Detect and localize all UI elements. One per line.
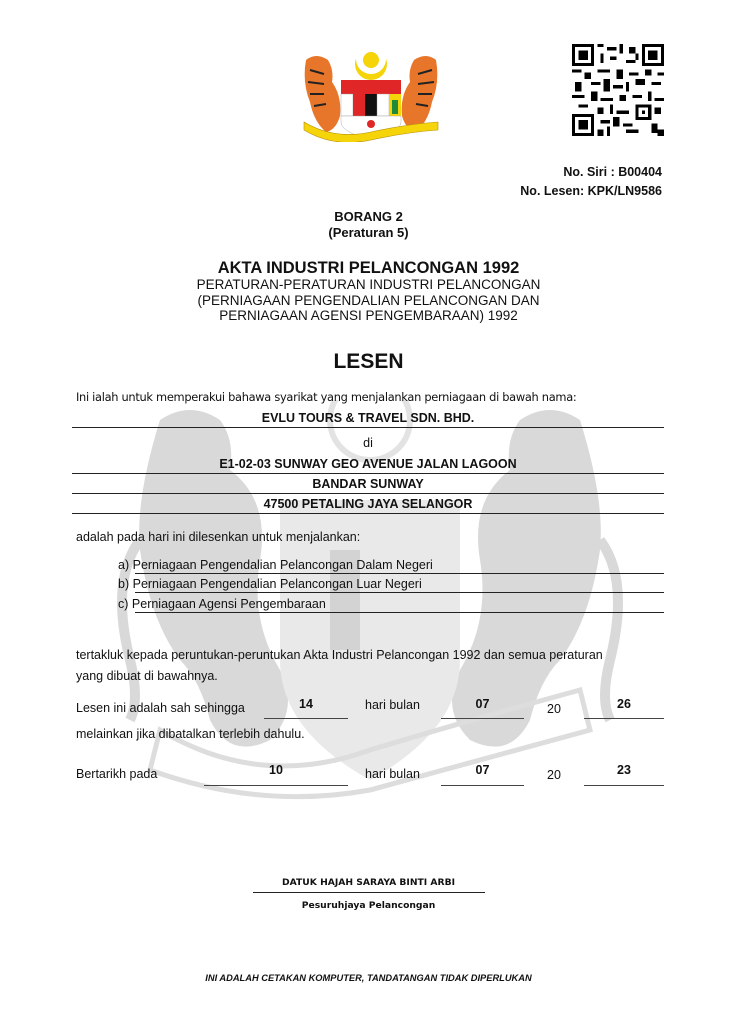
activity-text: Perniagaan Agensi Pengembaraan xyxy=(132,597,326,611)
computer-print-notice: INI ADALAH CETAKAN KOMPUTER, TANDATANGAN… xyxy=(0,973,737,983)
issued-month-label: hari bulan xyxy=(365,767,420,781)
validity-year: 26 xyxy=(584,697,664,711)
address-line-1: E1-02-03 SUNWAY GEO AVENUE JALAN LAGOON xyxy=(72,455,664,474)
issued-label: Bertarikh pada xyxy=(76,767,157,781)
validity-day-underline xyxy=(264,718,348,719)
at-label: di xyxy=(72,434,664,453)
issued-century: 20 xyxy=(547,768,561,782)
signature-line xyxy=(253,892,485,893)
activity-marker: a) xyxy=(118,558,129,572)
company-name: EVLU TOURS & TRAVEL SDN. BHD. xyxy=(72,409,664,428)
issued-year: 23 xyxy=(584,763,664,777)
act-subtitle-line: PERNIAGAAN AGENSI PENGEMBARAAN) 1992 xyxy=(0,308,737,324)
form-heading: BORANG 2 (Peraturan 5) xyxy=(0,209,737,241)
validity-century: 20 xyxy=(547,702,561,716)
activity-marker: b) xyxy=(118,577,129,591)
form-regulation: (Peraturan 5) xyxy=(0,225,737,241)
subject-to-line-1: tertakluk kepada peruntukan-peruntukan A… xyxy=(76,645,603,666)
serial-number: No. Siri : B00404 xyxy=(520,163,662,182)
activity-item: a) Perniagaan Pengendalian Pelancongan D… xyxy=(118,555,433,575)
signatory-name: DATUK HAJAH SARAYA BINTI ARBI xyxy=(0,877,737,888)
document-title: LESEN xyxy=(0,350,737,374)
issued-day-underline xyxy=(204,785,348,786)
validity-day: 14 xyxy=(264,697,348,711)
act-subtitle-line: (PERNIAGAAN PENGENDALIAN PELANCONGAN DAN xyxy=(0,293,737,309)
licensed-for-label: adalah pada hari ini dilesenkan untuk me… xyxy=(76,527,360,548)
address-line-3: 47500 PETALING JAYA SELANGOR xyxy=(72,495,664,514)
activity-marker: c) xyxy=(118,597,128,611)
address-line-2: BANDAR SUNWAY xyxy=(72,475,664,494)
reference-block: No. Siri : B00404 No. Lesen: KPK/LN9586 xyxy=(520,163,662,201)
signatory-title: Pesuruhjaya Pelancongan xyxy=(0,900,737,911)
activity-text: Perniagaan Pengendalian Pelancongan Luar… xyxy=(133,577,422,591)
validity-year-underline xyxy=(584,718,664,719)
activity-text: Perniagaan Pengendalian Pelancongan Dala… xyxy=(133,558,433,572)
validity-note: melainkan jika dibatalkan terlebih dahul… xyxy=(76,724,305,745)
activity-item: b) Perniagaan Pengendalian Pelancongan L… xyxy=(118,574,422,594)
validity-month-underline xyxy=(441,718,524,719)
activity-underline xyxy=(135,592,664,593)
activity-item: c) Perniagaan Agensi Pengembaraan xyxy=(118,594,326,614)
act-subtitle-line: PERATURAN-PERATURAN INDUSTRI PELANCONGAN xyxy=(0,277,737,293)
act-subtitle: PERATURAN-PERATURAN INDUSTRI PELANCONGAN… xyxy=(0,277,737,324)
act-title: AKTA INDUSTRI PELANCONGAN 1992 xyxy=(0,259,737,277)
validity-month-label: hari bulan xyxy=(365,698,420,712)
form-number: BORANG 2 xyxy=(0,209,737,225)
issued-month: 07 xyxy=(441,763,524,777)
issued-year-underline xyxy=(584,785,664,786)
subject-to-text: tertakluk kepada peruntukan-peruntukan A… xyxy=(76,645,603,687)
activity-underline xyxy=(135,612,664,613)
issued-month-underline xyxy=(441,785,524,786)
validity-label: Lesen ini adalah sah sehingga xyxy=(76,701,245,715)
qr-code-icon[interactable] xyxy=(572,44,664,136)
issued-day: 10 xyxy=(204,763,348,777)
validity-month: 07 xyxy=(441,697,524,711)
intro-text: Ini ialah untuk memperakui bahawa syarik… xyxy=(76,390,576,404)
license-number: No. Lesen: KPK/LN9586 xyxy=(520,182,662,201)
subject-to-line-2: yang dibuat di bawahnya. xyxy=(76,666,603,687)
malaysia-coat-of-arms-icon xyxy=(296,42,446,142)
